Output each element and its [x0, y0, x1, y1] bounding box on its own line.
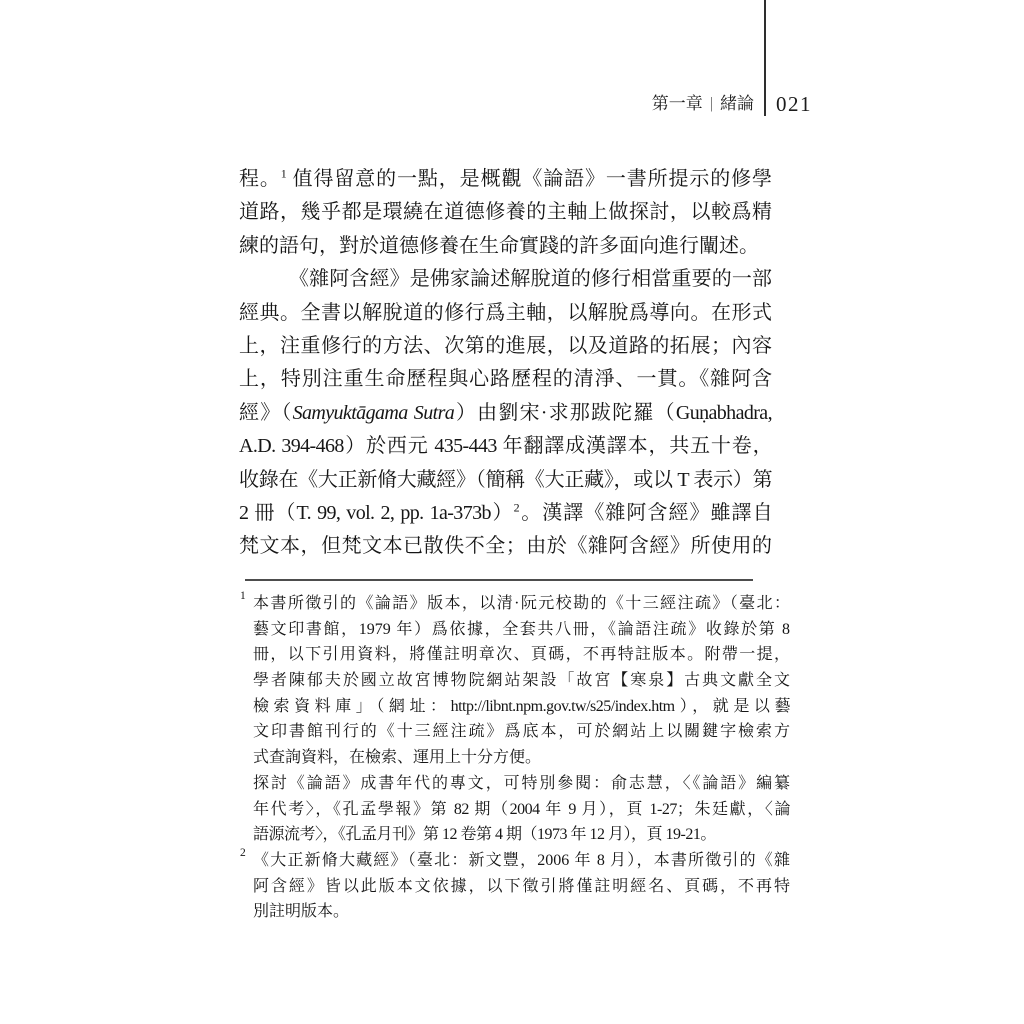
- text-line: 經》（Samyuktāgama Sutra）由劉宋·求那跋陀羅（Guṇabhad…: [239, 397, 772, 430]
- footnote-separator: [245, 579, 753, 581]
- footnote-2: 2 《大正新脩大藏經》（臺北：新文豐，2006 年 8 月），本書所徵引的《雜 …: [253, 848, 790, 925]
- chapter-label: 第一章: [652, 94, 703, 113]
- section-label: 緒論: [720, 94, 754, 113]
- page-number: 021: [776, 91, 812, 117]
- line-text: 值得留意的一點，是概觀《論語》一書所提示的修學: [287, 168, 772, 190]
- footnote-line: 冊，以下引用資料，將僅註明章次、頁碼，不再特註版本。附帶一提，: [253, 642, 790, 668]
- footnote-line: 學者陳郁夫於國立故宮博物院網站架設「故宮【寒泉】古典文獻全文: [253, 668, 790, 694]
- header-rule: [764, 0, 766, 116]
- text-line: 收錄在《大正新脩大藏經》（簡稱《大正藏》，或以 T 表示）第: [239, 464, 772, 497]
- line-text: 2 冊（T. 99, vol. 2, pp. 1a-373b）: [239, 502, 514, 524]
- footnote-line: 《大正新脩大藏經》（臺北：新文豐，2006 年 8 月），本書所徵引的《雜: [253, 848, 790, 874]
- footnote-line: 式查詢資料，在檢索、運用上十分方便。: [253, 745, 790, 771]
- footnote-1: 1 本書所徵引的《論語》版本，以清·阮元校勘的《十三經注疏》（臺北： 藝文印書館…: [253, 591, 790, 848]
- text-line: 練的語句，對於道德修養在生命實踐的許多面向進行闡述。: [239, 230, 772, 263]
- text-line: 程。1 值得留意的一點，是概觀《論語》一書所提示的修學: [239, 163, 772, 196]
- text-line: 道路，幾乎都是環繞在道德修養的主軸上做探討，以較爲精: [239, 196, 772, 229]
- book-page: 第一章|緒論 021 程。1 值得留意的一點，是概觀《論語》一書所提示的修學 道…: [0, 0, 1024, 1024]
- sutra-title-latin: Samyuktāgama Sutra: [293, 402, 455, 424]
- line-text: 經》（: [239, 402, 293, 424]
- footnote-line: 藝文印書館，1979 年）爲依據，全套共八冊，《論語注疏》收錄於第 8: [253, 617, 790, 643]
- text-line: 上，注重修行的方法、次第的進展，以及道路的拓展；內容: [239, 330, 772, 363]
- footnote-line: 別註明版本。: [253, 899, 790, 925]
- footnote-line: 探討《論語》成書年代的專文，可特別參閱：俞志慧，〈《論語》編纂: [253, 771, 790, 797]
- text-line: 2 冊（T. 99, vol. 2, pp. 1a-373b）2。漢譯《雜阿含經…: [239, 497, 772, 530]
- text-line: 《雜阿含經》是佛家論述解脫道的修行相當重要的一部: [239, 263, 772, 296]
- main-text: 程。1 值得留意的一點，是概觀《論語》一書所提示的修學 道路，幾乎都是環繞在道德…: [239, 163, 772, 564]
- footnote-line: 檢索資料庫」（網址：http://libnt.npm.gov.tw/s25/in…: [253, 694, 790, 720]
- footnote-marker-2: 2: [240, 847, 246, 859]
- line-text: 。漢譯《雜阿含經》雖譯自: [520, 502, 772, 524]
- footnote-line: 阿含經》皆以此版本文依據，以下徵引將僅註明經名、頁碼，不再特: [253, 874, 790, 900]
- footnote-marker-1: 1: [240, 590, 246, 602]
- running-head: 第一章|緒論: [652, 92, 754, 117]
- text-line: 梵文本，但梵文本已散佚不全；由於《雜阿含經》所使用的: [239, 530, 772, 563]
- text-line: 上，特別注重生命歷程與心路歷程的清淨、一貫。《雜阿含: [239, 363, 772, 396]
- line-text: 程。: [239, 168, 281, 190]
- footnotes: 1 本書所徵引的《論語》版本，以清·阮元校勘的《十三經注疏》（臺北： 藝文印書館…: [253, 591, 790, 925]
- footnote-line: 文印書館刊行的《十三經注疏》爲底本，可於網站上以關鍵字檢索方: [253, 719, 790, 745]
- text-line: 經典。全書以解脫道的修行爲主軸，以解脫爲導向。在形式: [239, 297, 772, 330]
- text-line: A.D. 394-468）於西元 435-443 年翻譯成漢譯本，共五十卷，: [239, 430, 772, 463]
- footnote-line: 語源流考〉，《孔孟月刊》第 12 卷第 4 期（1973 年 12 月），頁 1…: [253, 822, 790, 848]
- footnote-line: 本書所徵引的《論語》版本，以清·阮元校勘的《十三經注疏》（臺北：: [253, 591, 790, 617]
- header-separator: |: [710, 92, 712, 116]
- line-text: ）由劉宋·求那跋陀羅（Guṇabhadra,: [454, 402, 772, 424]
- footnote-line: 年代考〉，《孔孟學報》第 82 期（2004 年 9 月），頁 1-27；朱廷獻…: [253, 797, 790, 823]
